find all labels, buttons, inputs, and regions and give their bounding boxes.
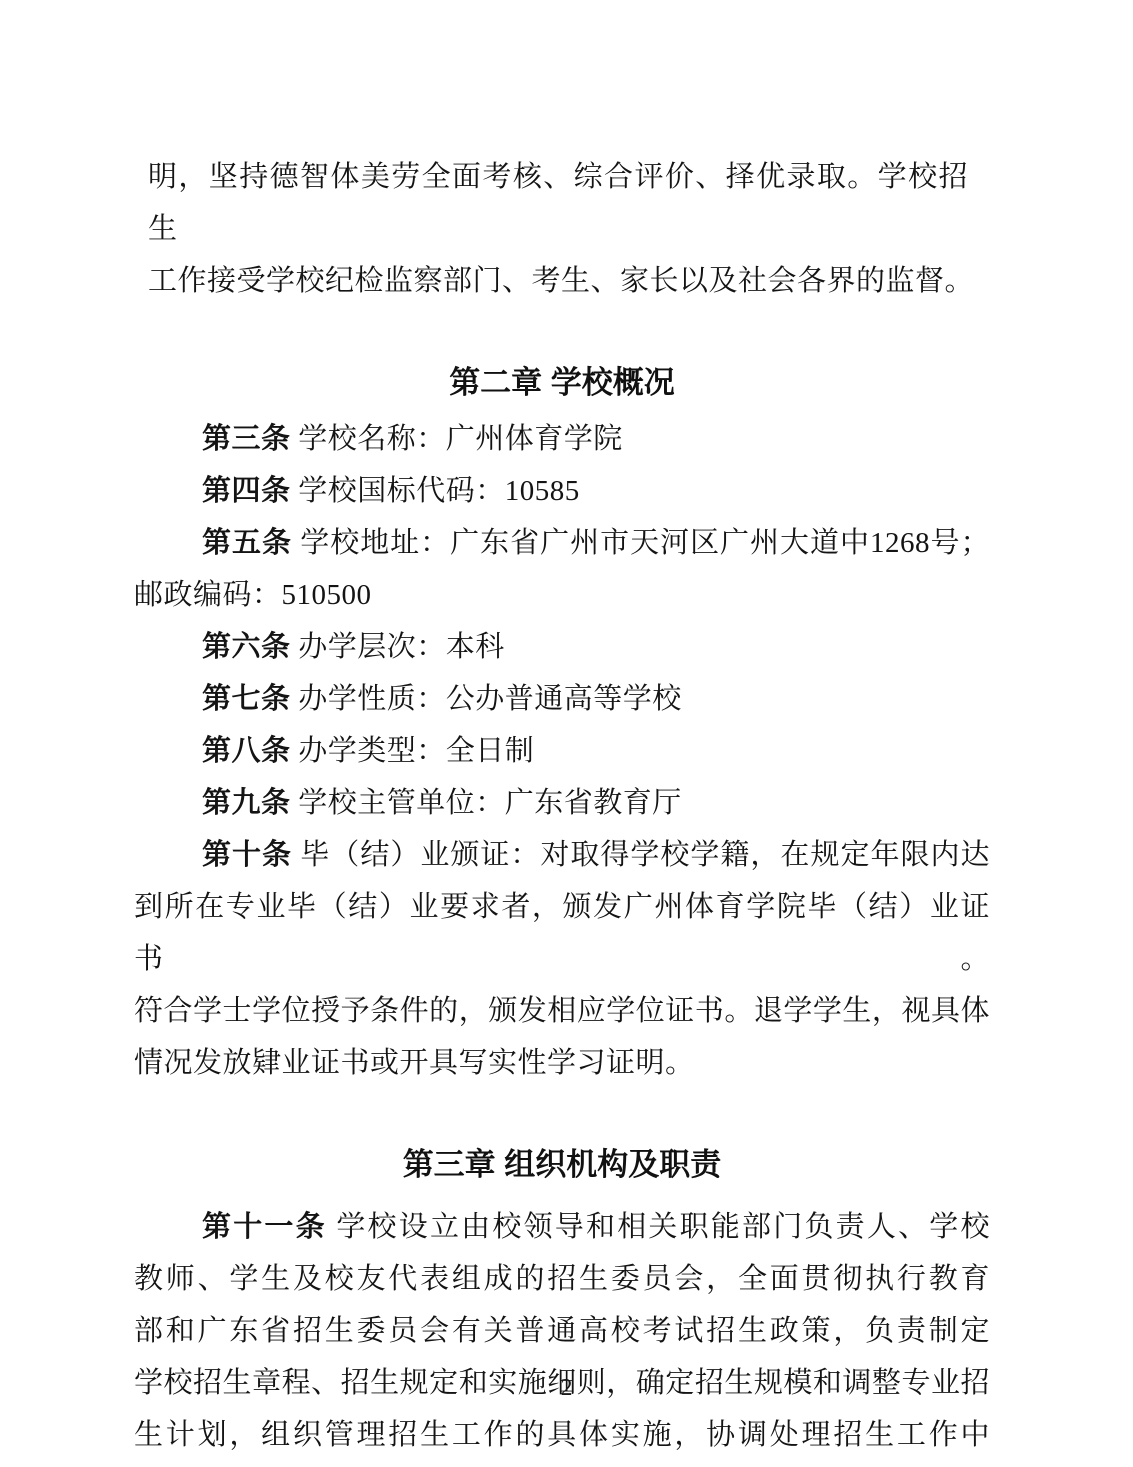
document-line: 工作接受学校纪检监察部门、考生、家长以及社会各界的监督。 [134, 255, 990, 307]
article-label: 第十条 [202, 839, 300, 871]
line-text: 生计划，组织管理招生工作的具体实施，协调处理招生工作中 [134, 1419, 990, 1451]
document-line: 明，坚持德智体美劳全面考核、综合评价、择优录取。学校招生 [134, 151, 990, 255]
line-text: 学校设立由校领导和相关职能部门负责人、学校 [336, 1211, 990, 1243]
document-line: 第六条办学层次：本科 [134, 621, 990, 673]
document-line: 第十一条学校设立由校领导和相关职能部门负责人、学校 [134, 1201, 990, 1253]
document-line: 第五条学校地址：广东省广州市天河区广州大道中1268号； [134, 517, 990, 569]
line-text: 学校主管单位：广东省教育厅 [298, 787, 682, 819]
document-page: 明，坚持德智体美劳全面考核、综合评价、择优录取。学校招生工作接受学校纪检监察部门… [0, 0, 1133, 1467]
article-label: 第三条 [202, 423, 298, 455]
document-line: 第七条办学性质：公办普通高等学校 [134, 673, 990, 725]
article-label: 第七条 [202, 683, 298, 715]
article-label: 第八条 [202, 735, 298, 767]
line-text: 办学层次：本科 [298, 631, 505, 663]
line-text: 办学性质：公办普通高等学校 [298, 683, 682, 715]
document-line: 教师、学生及校友代表组成的招生委员会，全面贯彻执行教育 [134, 1253, 990, 1305]
line-text: 明，坚持德智体美劳全面考核、综合评价、择优录取。学校招生 [148, 161, 968, 245]
line-text: 邮政编码：510500 [134, 579, 372, 611]
line-text: 情况发放肄业证书或开具写实性学习证明。 [134, 1047, 695, 1079]
article-label: 第六条 [202, 631, 298, 663]
article-label: 第四条 [202, 475, 298, 507]
document-line: 第三条学校名称：广州体育学院 [134, 413, 990, 465]
document-line: 到所在专业毕（结）业要求者，颁发广州体育学院毕（结）业证书。 [134, 881, 990, 985]
line-text: 办学类型：全日制 [298, 735, 534, 767]
line-text: 学校国标代码：10585 [298, 475, 580, 507]
document-line: 生计划，组织管理招生工作的具体实施，协调处理招生工作中 [134, 1409, 990, 1461]
chapter-heading: 第二章 学校概况 [134, 357, 990, 409]
document-line: 第十条毕（结）业颁证：对取得学校学籍，在规定年限内达 [134, 829, 990, 881]
line-text: 教师、学生及校友代表组成的招生委员会，全面贯彻执行教育 [134, 1263, 990, 1295]
document-line: 情况发放肄业证书或开具写实性学习证明。 [134, 1037, 990, 1089]
page-number: 2 [0, 1374, 1133, 1402]
document-line: 第八条办学类型：全日制 [134, 725, 990, 777]
line-text: 部和广东省招生委员会有关普通高校考试招生政策，负责制定 [134, 1315, 990, 1347]
chapter-heading: 第三章 组织机构及职责 [134, 1139, 990, 1191]
article-label: 第九条 [202, 787, 298, 819]
article-label: 第五条 [202, 527, 300, 559]
document-line: 邮政编码：510500 [134, 569, 990, 621]
line-text: 到所在专业毕（结）业要求者，颁发广州体育学院毕（结）业证书。 [134, 891, 990, 975]
document-line: 第九条学校主管单位：广东省教育厅 [134, 777, 990, 829]
line-text: 学校地址：广东省广州市天河区广州大道中1268号； [300, 527, 990, 559]
line-text: 学校名称：广州体育学院 [298, 423, 623, 455]
article-label: 第十一条 [202, 1211, 336, 1243]
line-text: 毕（结）业颁证：对取得学校学籍，在规定年限内达 [300, 839, 990, 871]
document-line: 符合学士学位授予条件的，颁发相应学位证书。退学学生，视具体 [134, 985, 990, 1037]
line-text: 符合学士学位授予条件的，颁发相应学位证书。退学学生，视具体 [134, 995, 990, 1027]
document-body: 明，坚持德智体美劳全面考核、综合评价、择优录取。学校招生工作接受学校纪检监察部门… [134, 151, 990, 1461]
document-line: 第四条学校国标代码：10585 [134, 465, 990, 517]
document-line: 部和广东省招生委员会有关普通高校考试招生政策，负责制定 [134, 1305, 990, 1357]
line-text: 工作接受学校纪检监察部门、考生、家长以及社会各界的监督。 [148, 265, 974, 297]
